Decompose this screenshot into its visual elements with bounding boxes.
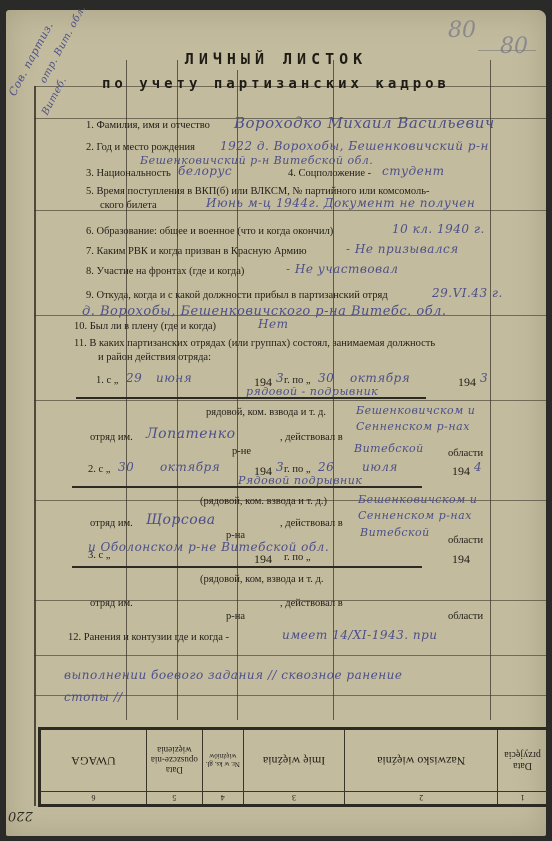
col-header: Imię więźnia (243, 729, 345, 792)
unit-3-rne-label: р-на (226, 611, 245, 622)
unit-1-rne-label: р-не (232, 446, 251, 457)
form-grid-line (237, 70, 238, 720)
unit-3-region-label: области (448, 611, 483, 622)
unit-1-from-year-hw: 3 (276, 371, 284, 385)
unit-1-region-label: области (448, 448, 483, 459)
unit-3-num: 3. с „ (88, 550, 110, 561)
unit-2-acted-label: , действовал в (280, 518, 343, 529)
unit-1-from-month: июня (156, 371, 192, 385)
field-7-label: 7. Каким РВК и когда призван в Красную А… (86, 246, 307, 257)
field-12-value: имеет 14/XI-1943. при (282, 628, 438, 642)
field-4-label: 4. Соцположение - (288, 168, 371, 179)
unit-1-unit-name: Лопатенко (146, 426, 236, 442)
page-number-pencil: 80 (448, 18, 476, 43)
form-grid-line (34, 400, 546, 401)
col-num: 3 (243, 792, 345, 806)
unit-2-from-month: октября (160, 460, 220, 474)
field-12-value-line2: выполнении боевого задания // сквозное р… (64, 668, 403, 682)
unit-2-underline (72, 486, 422, 488)
field-2-value: 1922 д. Ворохобы, Бешенковичский р-н (220, 139, 489, 153)
field-3-value: белорус (178, 164, 232, 178)
unit-1-to-year-hw: 3 (480, 371, 488, 385)
form-grid-line (126, 60, 127, 720)
field-7-value: - Не призывался (346, 242, 459, 256)
col-num: 1 (498, 792, 549, 806)
field-8-value: - Не участвовал (286, 262, 398, 276)
unit-2-district: Бешенковичском и Сенненском р-нах (358, 492, 538, 524)
unit-2-num: 2. с „ (88, 464, 110, 475)
document-subtitle: по учету партизанских кадров (0, 76, 552, 92)
field-1-value: Вороходко Михаил Васильевич (234, 114, 495, 132)
field-5-value: Июнь м-ц 1944г. Документ не получен (206, 196, 475, 210)
unit-3-position-label: (рядовой, ком, взвода и т. д. (200, 574, 324, 585)
unit-2-to-day: 26 (318, 460, 334, 474)
unit-1-unit-label: отряд им. (90, 432, 133, 443)
unit-3-from-year: 194 (254, 552, 272, 567)
field-9-label: 9. Откуда, когда и с какой должности при… (86, 290, 388, 301)
field-6-label: 6. Образование: общее и военное (что и к… (86, 226, 333, 237)
col-num: 4 (202, 792, 243, 806)
col-num: 5 (146, 792, 202, 806)
prison-register-header-upside-down: 1 2 3 4 5 6 Data przyjęcia Nazwisko więź… (38, 727, 550, 807)
unit-1-region: Витебской (354, 442, 424, 455)
unit-2-to-month: июля (362, 460, 398, 474)
field-1-label: 1. Фамилия, имя и отчество (86, 120, 210, 131)
unit-2-unit-name: Щорсова (146, 512, 216, 528)
unit-2-from-year-hw: 3 (276, 460, 284, 474)
col-num: 2 (345, 792, 498, 806)
unit-1-to-month: октября (350, 371, 410, 385)
col-header: Nr. w ks. gł. więźniów (202, 729, 243, 792)
unit-1-underline (76, 397, 426, 399)
unit-1-position-label: рядовой, ком. взвода и т. д. (206, 407, 326, 418)
document-title: ЛИЧНЫЙ ЛИСТОК (0, 50, 552, 68)
unit-1-district: Бешенковичском и Сенненском р-нах (356, 403, 536, 435)
form-grid-line (490, 60, 491, 720)
form-grid-line (34, 86, 36, 806)
unit-2-to-year-hw: 4 (474, 460, 482, 474)
field-4-value: студент (382, 164, 445, 178)
unit-3-unit-label: отряд им. (90, 598, 133, 609)
unit-3-underline (72, 566, 422, 568)
field-11-label-line2: и район действия отряда: (98, 352, 211, 363)
unit-1-from-day: 29 (126, 371, 142, 385)
field-12-value-line3: стопы // (64, 690, 123, 704)
col-num: 6 (40, 792, 147, 806)
archive-sheet-number: 220 (8, 808, 33, 823)
unit-1-to-year: 194 (458, 375, 476, 390)
field-5-label-line2: ского билета (100, 200, 157, 211)
field-2-value-line2: Бешенковичский р-н Витебской обл. (140, 154, 373, 167)
field-8-label: 8. Участие на фронтах (где и когда) (86, 266, 244, 277)
unit-2-region-label: области (448, 535, 483, 546)
field-12-label: 12. Ранения и контузии где и когда - (68, 632, 229, 643)
unit-3-to-year: 194 (452, 552, 470, 567)
unit-3-acted-label: , действовал в (280, 598, 343, 609)
field-9-value: 29.VI.43 г. (432, 286, 503, 300)
unit-2-to-year: 194 (452, 464, 470, 479)
col-header: UWAGA (40, 729, 147, 792)
field-2-label: 2. Год и место рождения (86, 142, 195, 153)
col-header: Data opuszcze-nia więzienia (146, 729, 202, 792)
form-grid-line (34, 655, 546, 656)
field-10-label: 10. Был ли в плену (где и когда) (74, 321, 216, 332)
field-10-value: Нет (258, 317, 288, 331)
unit-1-to-day: 30 (318, 371, 334, 385)
field-3-label: 3. Национальность (86, 168, 171, 179)
unit-2-from-day: 30 (118, 460, 134, 474)
unit-2-region: Витебской (360, 526, 430, 539)
unit-3-to-label: г. по „ (284, 552, 311, 563)
unit-2-position-label: (рядовой, ком. взвода и т. д.) (200, 496, 327, 507)
unit-1-num: 1. с „ (96, 375, 118, 386)
unit-2-unit-label: отряд им. (90, 518, 133, 529)
unit-1-acted-label: , действовал в (280, 432, 343, 443)
col-header: Data przyjęcia (498, 729, 549, 792)
col-header: Nazwisko więźnia (345, 729, 498, 792)
field-11-label: 11. В каких партизанских отрядах (или гр… (74, 338, 435, 349)
field-6-value: 10 кл. 1940 г. (392, 222, 485, 236)
